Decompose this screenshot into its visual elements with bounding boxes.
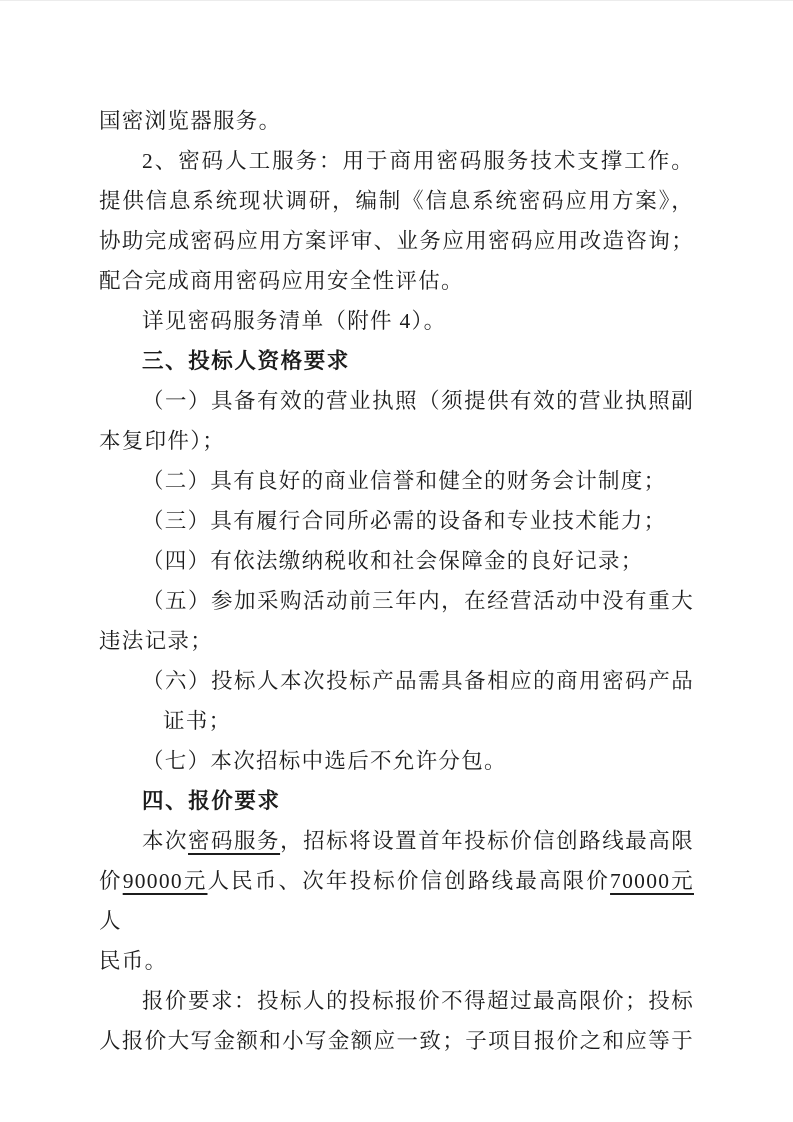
text-line: （六）投标人本次投标产品需具备相应的商用密码产品 [99, 661, 694, 701]
text-run: （二）具有良好的商业信誉和健全的财务会计制度； [142, 469, 666, 493]
text-run: （一）具备有效的营业执照（须提供有效的营业执照副 [142, 389, 694, 413]
text-line: 详见密码服务清单（附件 4）。 [99, 301, 694, 341]
text-run: （三）具有履行合同所必需的设备和专业技术能力； [142, 509, 666, 533]
text-line: 本复印件）； [99, 421, 694, 461]
text-run: 国密浏览器服务。 [99, 109, 281, 133]
text-run: 价 [99, 869, 123, 893]
text-run: 报价要求：投标人的投标报价不得超过最高限价；投标 [142, 989, 694, 1013]
text-run: （四）有依法缴纳税收和社会保障金的良好记录； [142, 549, 644, 573]
text-run: 本复印件）； [99, 429, 225, 453]
text-line: 提供信息系统现状调研，编制《信息系统密码应用方案》， [99, 181, 694, 221]
text-run: 人报价大写金额和小写金额应一致；子项目报价之和应等于 [99, 1029, 694, 1053]
text-line: 违法记录； [99, 621, 694, 661]
text-run: （五）参加采购活动前三年内，在经营活动中没有重大 [142, 589, 694, 613]
text-run: 民币。 [99, 949, 167, 973]
text-line: 配合完成商用密码应用安全性评估。 [99, 261, 694, 301]
text-line: （三）具有履行合同所必需的设备和专业技术能力； [99, 501, 694, 541]
text-line: 价90000元人民币、次年投标价信创路线最高限价70000元人 [99, 861, 694, 941]
text-run: 提供信息系统现状调研，编制《信息系统密码应用方案》， [99, 189, 694, 213]
text-run: （七）本次招标中选后不允许分包。 [142, 749, 507, 773]
text-line: 国密浏览器服务。 [99, 101, 694, 141]
document-body: 国密浏览器服务。2、密码人工服务：用于商用密码服务技术支撑工作。提供信息系统现状… [99, 101, 694, 1061]
text-line: 民币。 [99, 941, 694, 981]
text-run: 配合完成商用密码应用安全性评估。 [99, 269, 464, 293]
text-run: 人 [99, 909, 122, 933]
text-run: 协助完成密码应用方案评审、业务应用密码应用改造咨询； [99, 229, 694, 253]
section-heading: 三、投标人资格要求 [99, 341, 694, 381]
text-line: （二）具有良好的商业信誉和健全的财务会计制度； [99, 461, 694, 501]
text-run: 四、报价要求 [142, 789, 281, 813]
text-line: 2、密码人工服务：用于商用密码服务技术支撑工作。 [99, 141, 694, 181]
text-run: 本次 [142, 829, 188, 853]
text-run: 2、密码人工服务：用于商用密码服务技术支撑工作。 [142, 149, 694, 173]
text-run: 三、投标人资格要求 [142, 349, 350, 373]
text-run: 证书； [163, 709, 231, 733]
text-run: 详见密码服务清单（附件 4）。 [142, 309, 446, 333]
text-run: ，招标将设置首年投标价信创路线最高限 [280, 829, 694, 853]
underlined-text: 密码服务 [188, 829, 280, 853]
text-run: 人民币、次年投标价信创路线最高限价 [208, 869, 611, 893]
underlined-text: 90000元 [123, 869, 208, 893]
text-line: 协助完成密码应用方案评审、业务应用密码应用改造咨询； [99, 221, 694, 261]
text-line: 人报价大写金额和小写金额应一致；子项目报价之和应等于 [99, 1021, 694, 1061]
section-heading: 四、报价要求 [99, 781, 694, 821]
document-page: 国密浏览器服务。2、密码人工服务：用于商用密码服务技术支撑工作。提供信息系统现状… [0, 0, 793, 1122]
text-line: （五）参加采购活动前三年内，在经营活动中没有重大 [99, 581, 694, 621]
text-line: （七）本次招标中选后不允许分包。 [99, 741, 694, 781]
text-line: （一）具备有效的营业执照（须提供有效的营业执照副 [99, 381, 694, 421]
text-line: （四）有依法缴纳税收和社会保障金的良好记录； [99, 541, 694, 581]
text-line: 本次密码服务，招标将设置首年投标价信创路线最高限 [99, 821, 694, 861]
underlined-text: 70000元 [610, 869, 694, 893]
text-run: （六）投标人本次投标产品需具备相应的商用密码产品 [142, 669, 694, 693]
text-line: 证书； [99, 701, 694, 741]
text-run: 违法记录； [99, 629, 213, 653]
text-line: 报价要求：投标人的投标报价不得超过最高限价；投标 [99, 981, 694, 1021]
